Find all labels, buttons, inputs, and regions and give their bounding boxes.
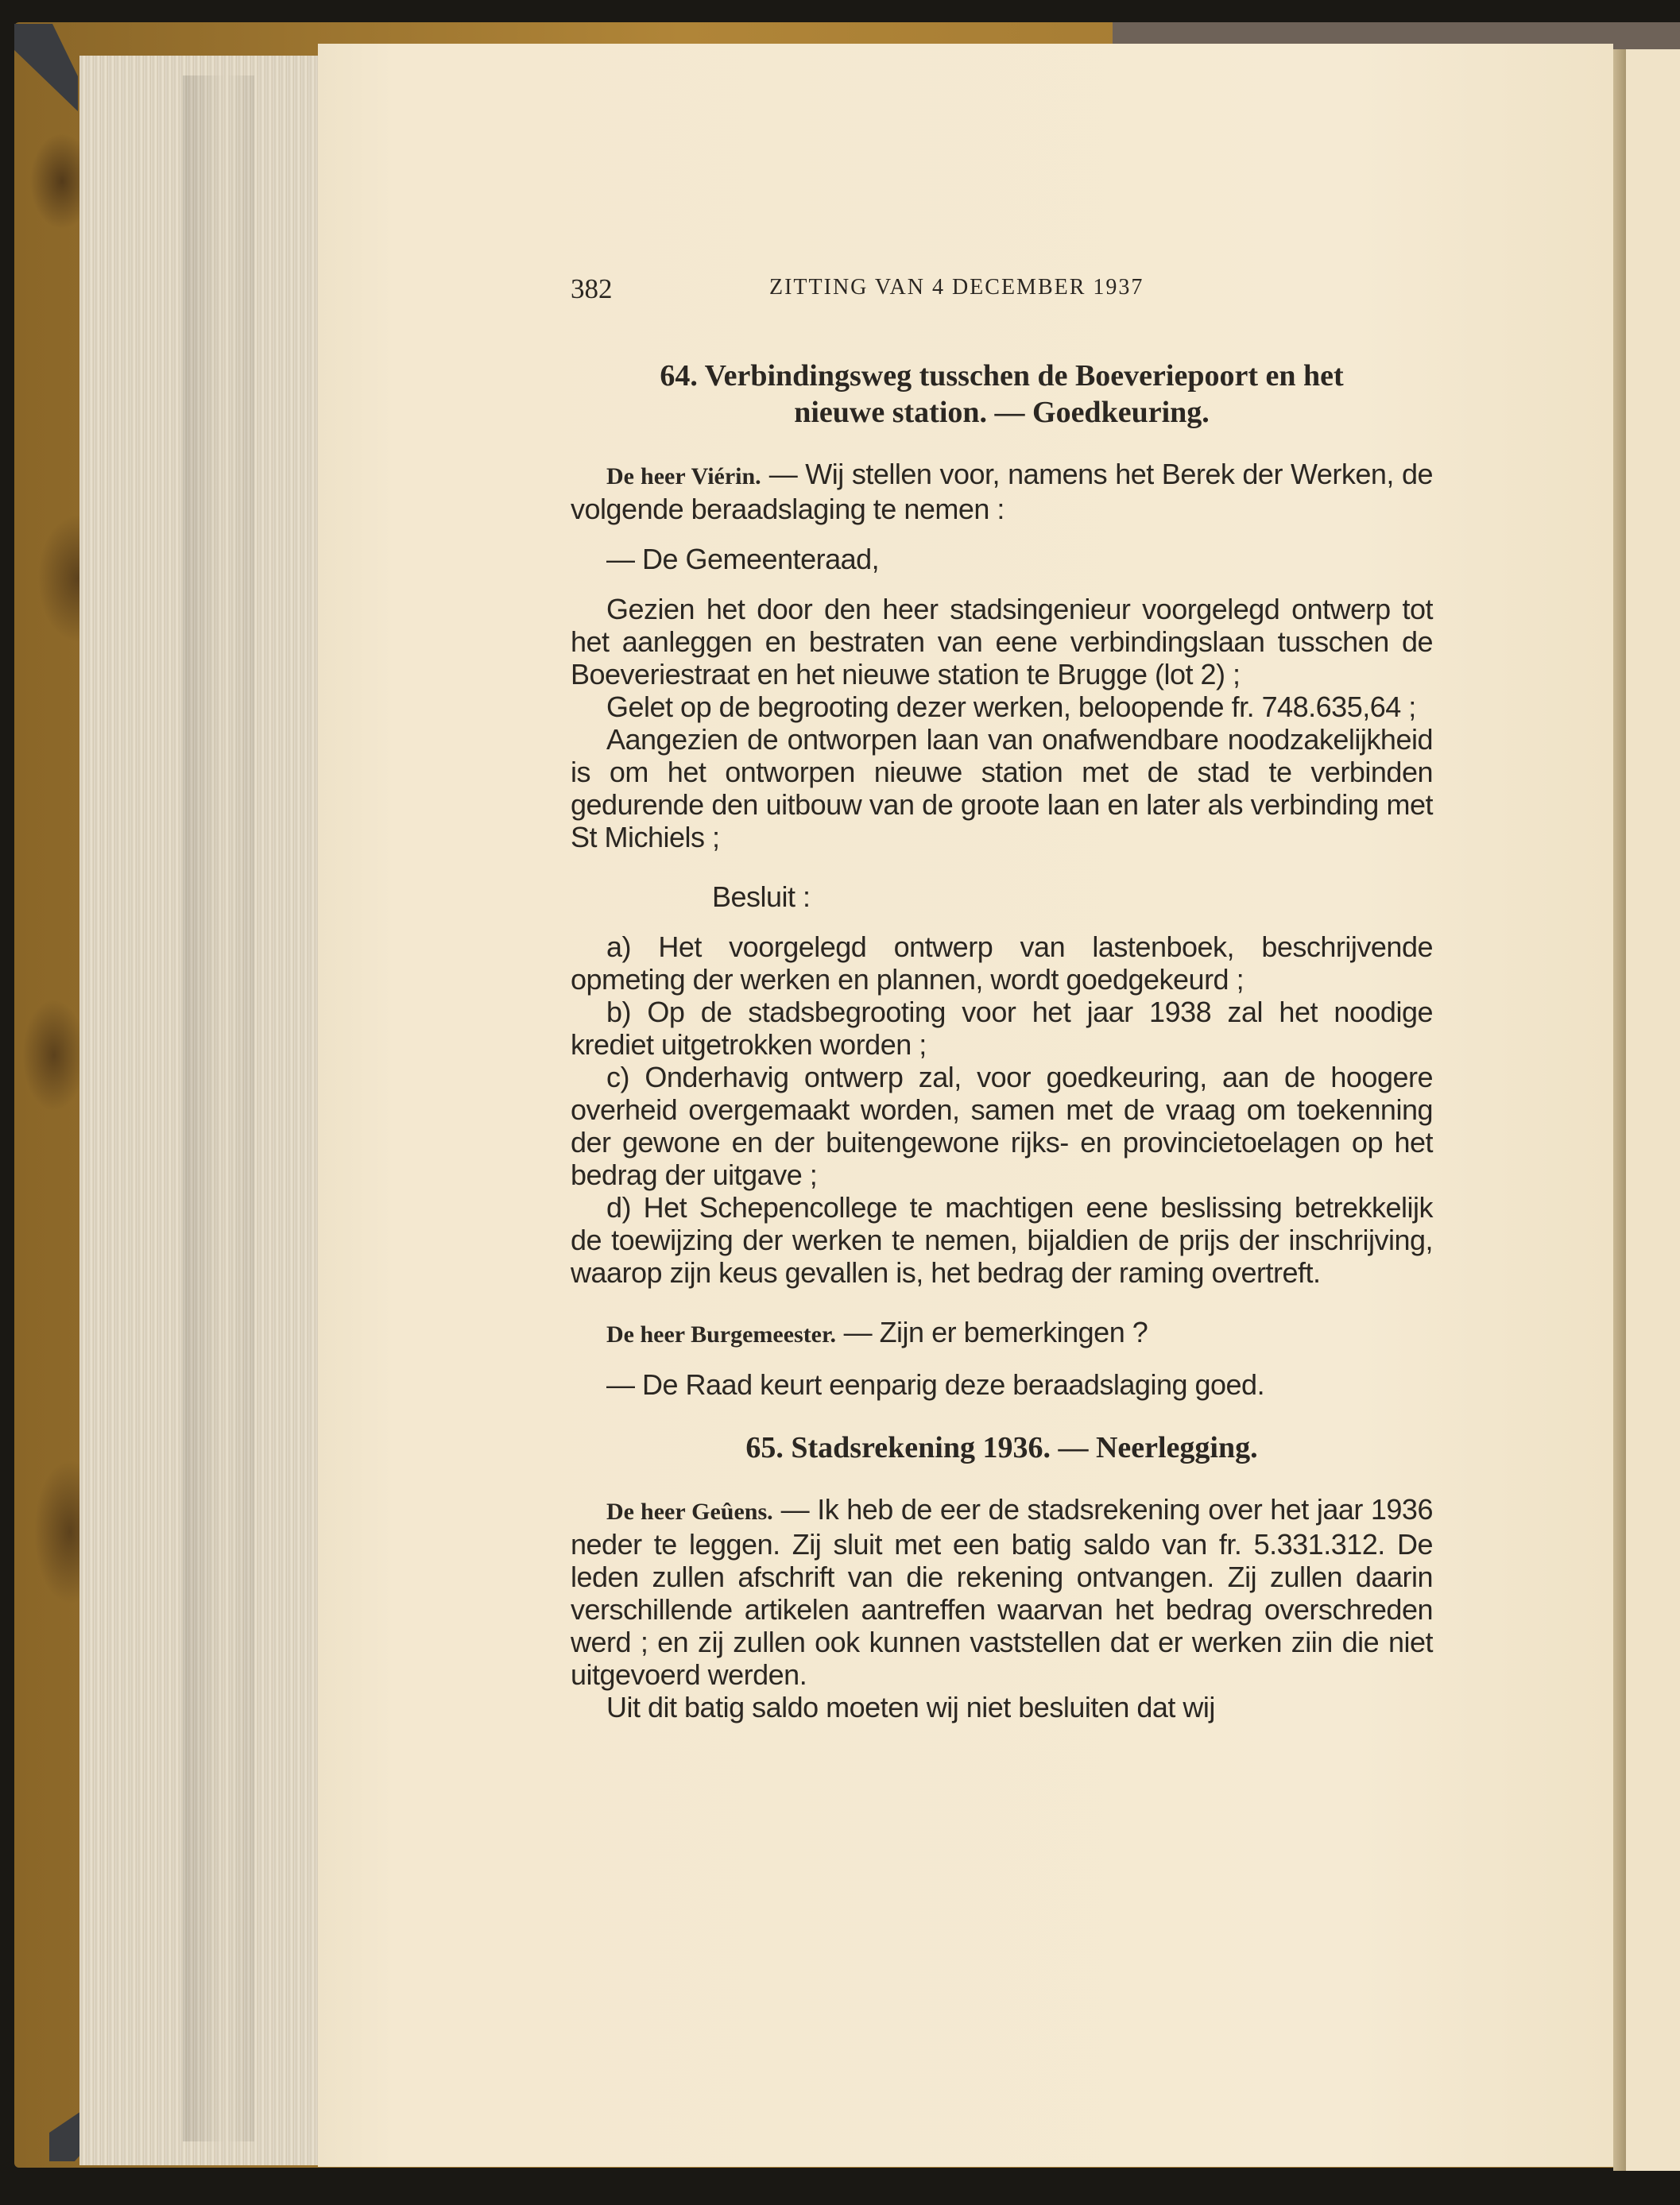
speech-geuens: De heer Geûens. — Ik heb de eer de stads…: [571, 1493, 1433, 1691]
speaker-name: De heer Burgemeester.: [606, 1321, 836, 1348]
running-head: 382 ZITTING VAN 4 DECEMBER 1937: [571, 262, 1433, 310]
paragraph: Gezien het door den heer stadsingenieur …: [571, 593, 1433, 691]
speech-vierin: De heer Viérin. — Wij stellen voor, name…: [571, 458, 1433, 525]
running-head-title: ZITTING VAN 4 DECEMBER 1937: [769, 275, 1144, 300]
besluit-label: Besluit :: [571, 880, 1433, 913]
paragraph: Gelet op de begrooting dezer werken, bel…: [571, 691, 1433, 723]
decision-b: b) Op de stadsbegrooting voor het jaar 1…: [571, 996, 1433, 1061]
section-64-heading: 64. Verbindingsweg tusschen de Boeveriep…: [571, 358, 1433, 431]
page-number: 382: [571, 273, 613, 305]
decision-d: d) Het Schepencollege te machtigen eene …: [571, 1191, 1433, 1289]
page-gutter: [1613, 49, 1626, 2171]
outcome: — De Raad keurt eenparig deze beraadslag…: [571, 1368, 1433, 1401]
speaker-name: De heer Geûens.: [606, 1499, 773, 1525]
paragraph: Uit dit batig saldo moeten wij niet besl…: [571, 1691, 1433, 1723]
page-text: 382 ZITTING VAN 4 DECEMBER 1937 64. Verb…: [571, 262, 1433, 1723]
speech-text: — Zijn er bemerkingen ?: [836, 1316, 1148, 1348]
heading-line-2: nieuwe station. — Goedkeuring.: [794, 396, 1210, 429]
page-stack-shadow: [183, 75, 254, 2141]
heading-line-1: 64. Verbindingsweg tusschen de Boeveriep…: [660, 359, 1343, 393]
decision-a: a) Het voorgelegd ontwerp van lastenboek…: [571, 930, 1433, 996]
speech-burgemeester: De heer Burgemeester. — Zijn er bemerkin…: [571, 1316, 1433, 1351]
paragraph: Aangezien de ontworpen laan van onafwend…: [571, 723, 1433, 853]
speaker-name: De heer Viérin.: [606, 463, 761, 489]
decision-c: c) Onderhavig ontwerp zal, voor goedkeur…: [571, 1061, 1433, 1191]
section-65-heading: 65. Stadsrekening 1936. — Neerlegging.: [571, 1429, 1433, 1466]
next-page-edge: [1626, 49, 1680, 2171]
paragraph: — De Gemeenteraad,: [571, 543, 1433, 575]
